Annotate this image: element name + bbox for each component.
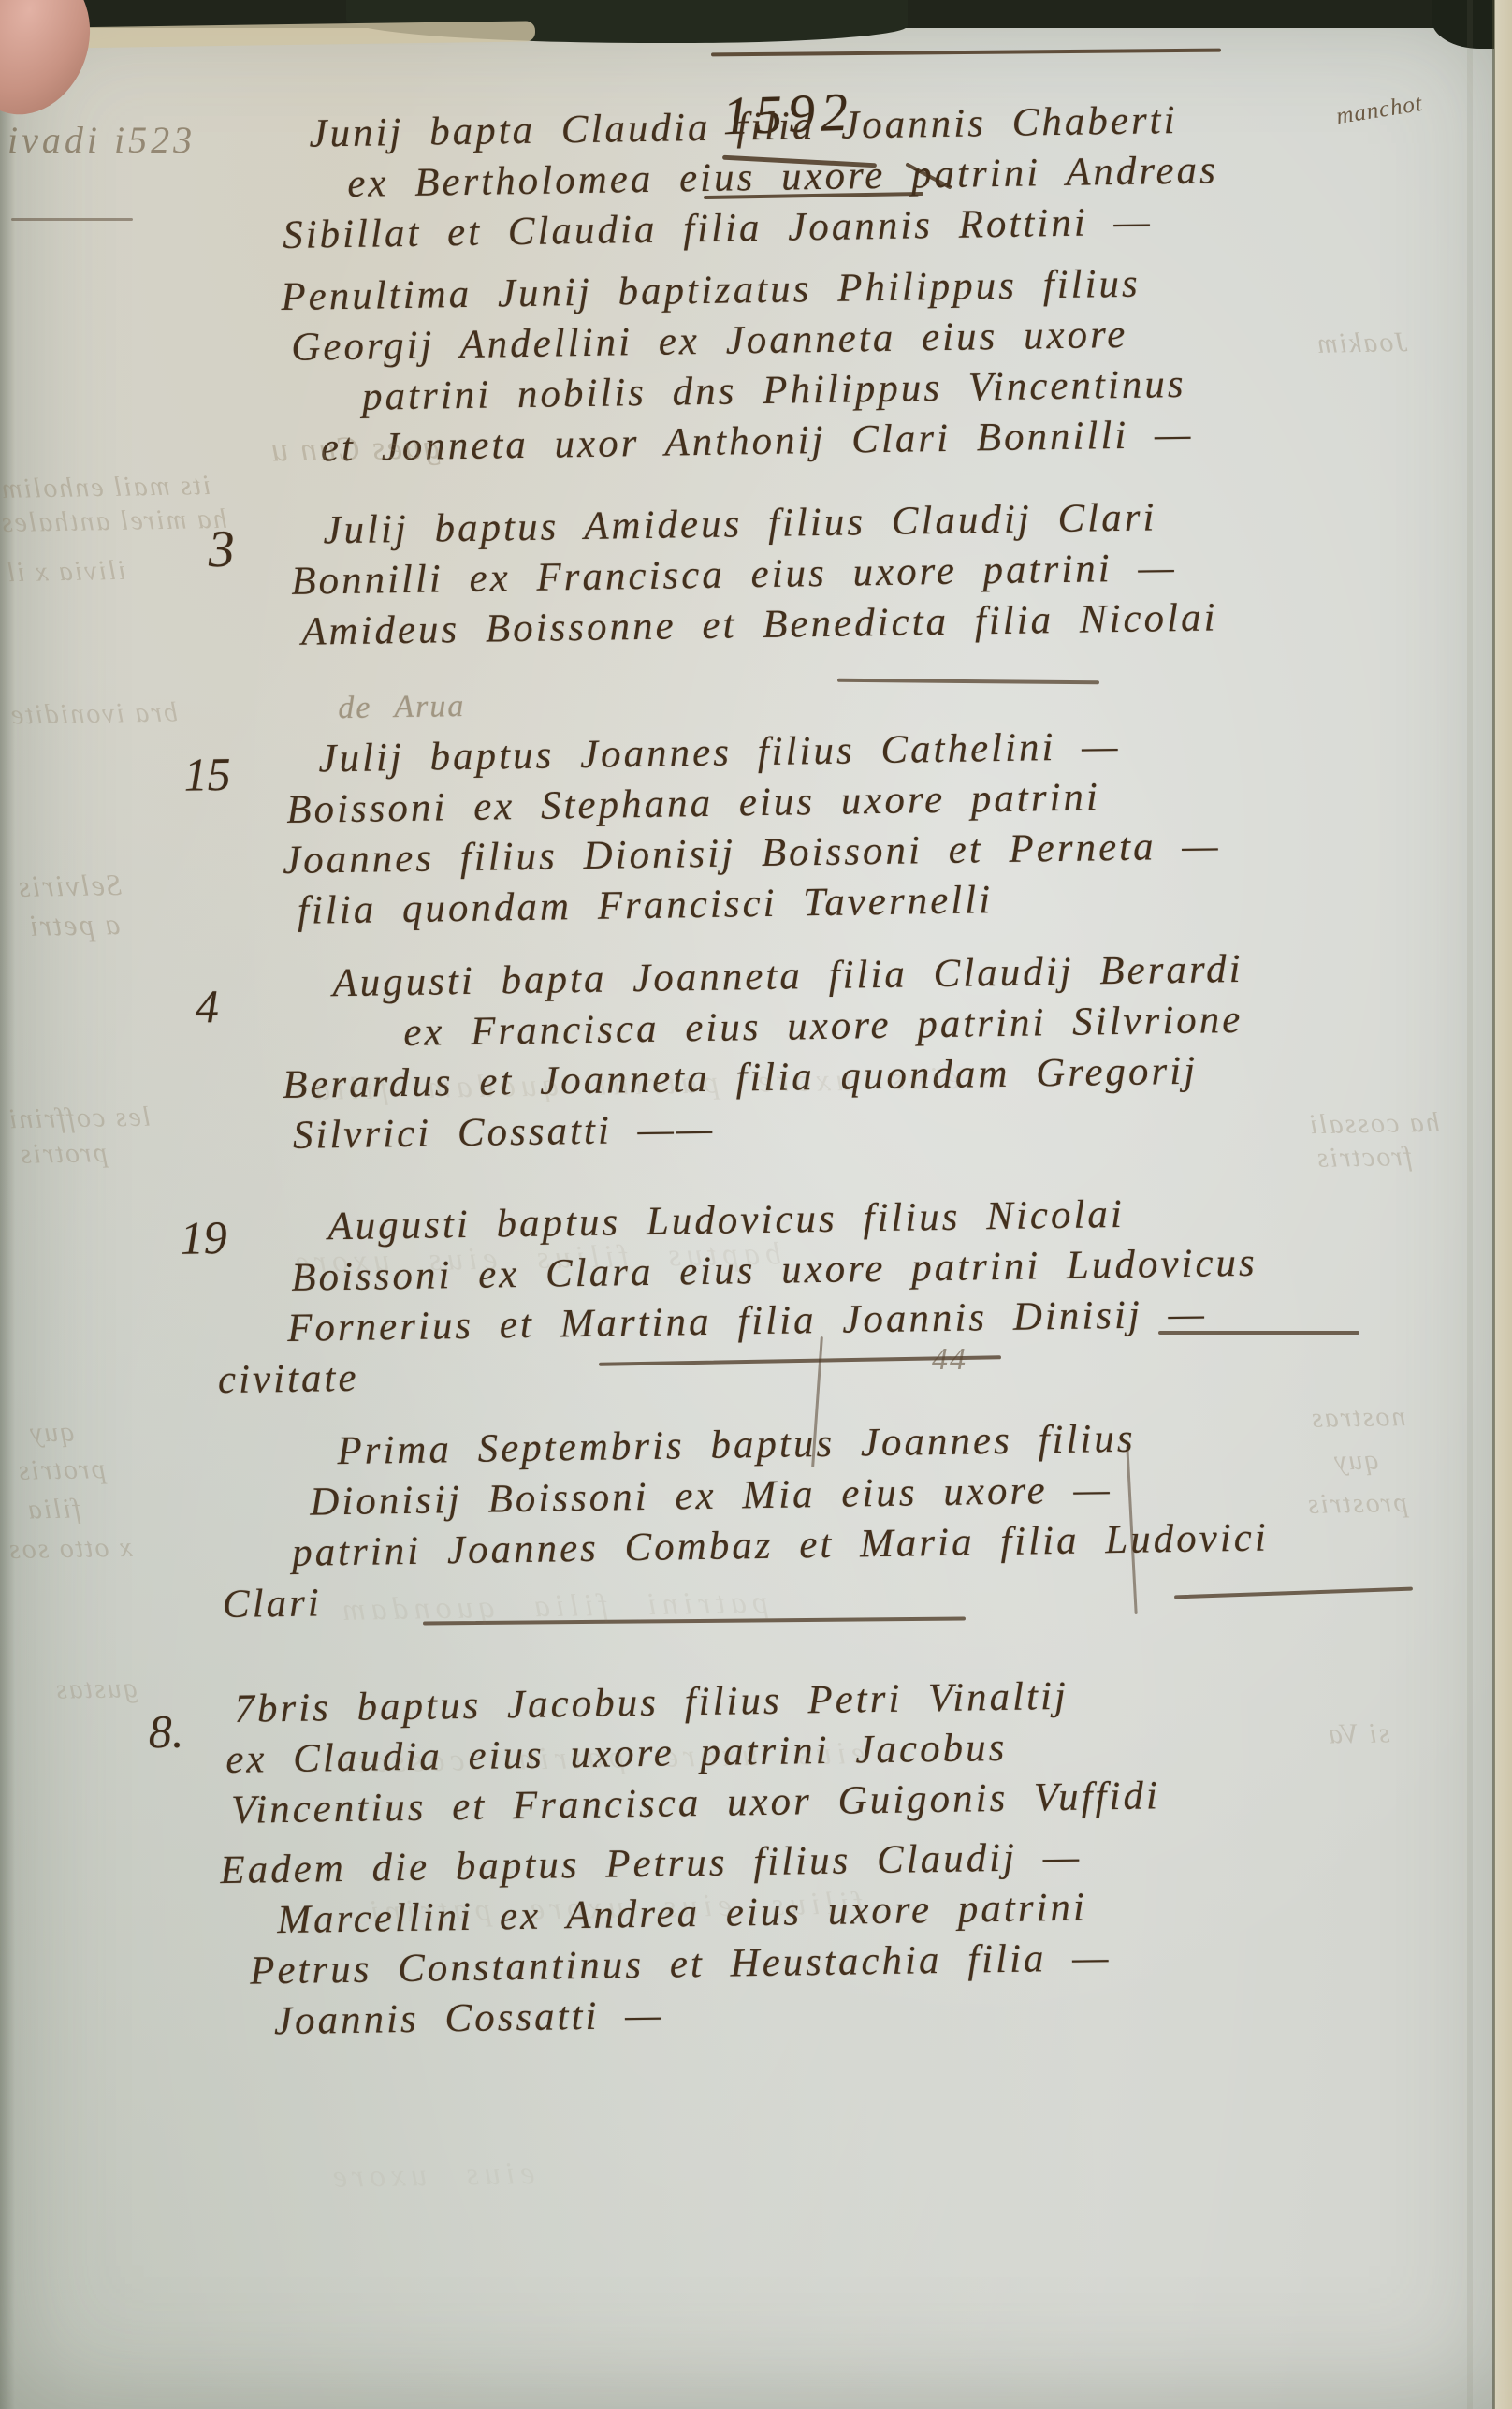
faded-addition: de Arua: [338, 681, 466, 734]
bleed-through-text: ha cossali: [1308, 1107, 1440, 1141]
faded-ink-dash: [11, 218, 133, 221]
bleed-through-text: quy: [1332, 1445, 1379, 1478]
marginal-day-note: ivadi i523: [7, 118, 196, 162]
bleed-through-text: gues Cun u: [269, 427, 441, 469]
page-left-shadow: [0, 0, 15, 2409]
bleed-through-text: patrini filia quondam: [337, 1585, 769, 1628]
next-page-edge: [1494, 0, 1512, 2409]
bleed-through-text: a petri: [28, 907, 121, 943]
register-entry: 19 Augusti baptus Ludovicus filius Nicol…: [225, 1184, 1453, 1406]
entry-day-number: 19: [180, 1212, 227, 1263]
ink-rule: [711, 49, 1221, 57]
bleed-through-text: ha mirel anthales: [0, 504, 227, 539]
entry-day-number: 8.: [148, 1706, 183, 1758]
bleed-through-text: protris: [17, 1453, 106, 1487]
bleed-through-text: bra ivonidite: [9, 696, 179, 731]
bleed-through-text: its mail enholim: [0, 470, 211, 505]
bleed-through-text: les coffrini: [7, 1102, 152, 1136]
entry-day-number: 15: [183, 749, 231, 800]
bleed-through-text: protris: [19, 1137, 108, 1171]
bleed-through-text: x otto sos: [7, 1532, 133, 1566]
entry-day-number: 4: [195, 981, 219, 1031]
ink-mark: 44: [932, 1342, 967, 1378]
register-entry: 3 Julij baptus Amideus filius Claudij Cl…: [225, 488, 1452, 659]
bleed-through-text: gustas: [54, 1672, 138, 1706]
bleed-through-text: quy: [28, 1417, 75, 1450]
bleed-through-text: prostris: [1306, 1487, 1408, 1521]
bleed-through-text: eius uxore: [327, 2156, 535, 2196]
register-entry: Junij bapta Claudia filia Joannis Chaber…: [225, 91, 1452, 262]
bleed-through-text: si Va: [1327, 1717, 1390, 1750]
register-entry: Eadem die baptus Petrus filius Claudij —…: [225, 1826, 1453, 2048]
bleed-through-text: froctris: [1316, 1141, 1413, 1175]
bleed-through-text: Selviris: [17, 868, 123, 904]
register-entry: 15 Julij baptus Joannes filius Cathelini…: [225, 716, 1453, 938]
bleed-through-text: filia: [26, 1493, 81, 1526]
bleed-through-text: nostras: [1310, 1401, 1406, 1435]
page-crease-line: [1492, 0, 1495, 2409]
bleed-through-text: ilivia x il: [6, 555, 126, 589]
bleed-through-text: Joakim: [1316, 327, 1408, 360]
register-entry: 4 Augusti bapta Joanneta filia Claudij B…: [225, 941, 1453, 1162]
ink-rule: [837, 679, 1099, 684]
page-crease-shadow: [1467, 0, 1473, 2409]
manuscript-page-scan: 1592 Junij bapta Claudia filia Joannis C…: [0, 0, 1512, 2409]
ink-rule: [1158, 1331, 1359, 1335]
